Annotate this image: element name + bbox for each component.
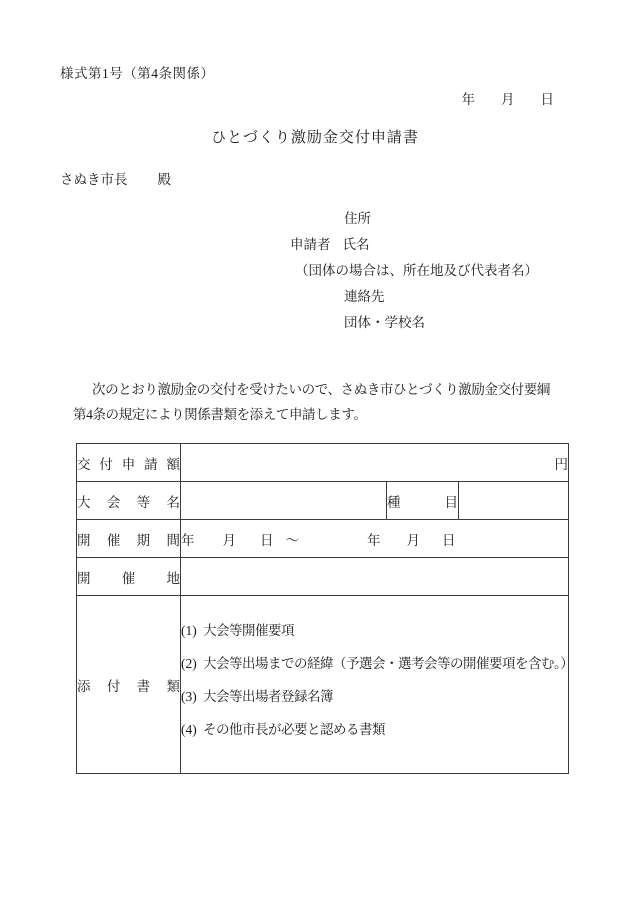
- amount-unit-label: 円: [555, 457, 569, 472]
- date-month-label: 月: [501, 88, 515, 108]
- period-tilde: ～: [286, 529, 300, 549]
- application-form-page: 様式第1号（第4条関係） 年 月 日 ひとづくり激励金交付申請書 さぬき市長殿 …: [0, 0, 630, 903]
- attachment-item-3: (3) 大会等出場者登録名簿: [181, 685, 568, 708]
- form-title: ひとづくり激励金交付申請書: [0, 126, 630, 147]
- venue-label: 開催地: [77, 567, 180, 587]
- period-end-day: 日: [442, 529, 456, 549]
- body-line-1: 次のとおり激励金の交付を受けたいので、さぬき市ひとづくり激励金交付要綱: [73, 378, 575, 403]
- applicant-block: 住所 申請者 氏名 （団体の場合は、所在地及び代表者名） 連絡先 団体・学校名: [290, 206, 538, 336]
- applicant-name-label: 氏名: [343, 232, 370, 258]
- application-table: 交付申請額 円 大会等名 種目 開催期間 年 月: [76, 443, 569, 774]
- attachments-row: 添付書類 (1) 大会等開催要項 (2) 大会等出場までの経緯（予選会・選考会等…: [77, 596, 569, 774]
- category-label-cell: 種目: [387, 482, 459, 520]
- event-label-cell: 大会等名: [77, 482, 181, 520]
- applicant-group-note: （団体の場合は、所在地及び代表者名）: [290, 258, 538, 284]
- body-line-2: 第4条の規定により関係書類を添えて申請します。: [73, 403, 575, 428]
- recipient-line: さぬき市長殿: [60, 168, 171, 188]
- attachments-label-cell: 添付書類: [77, 596, 181, 774]
- attachment-item-4: (4) その他市長が必要と認める書類: [181, 718, 568, 741]
- recipient-name: さぬき市長: [60, 172, 128, 187]
- applicant-name-line: 申請者 氏名: [290, 232, 538, 258]
- issue-date: 年 月 日: [462, 88, 555, 108]
- applicant-address-label: 住所: [290, 206, 538, 232]
- attachment-2-text: 大会等出場までの経緯（予選会・選考会等の開催要項を含む。）: [203, 652, 568, 675]
- attachment-3-text: 大会等出場者登録名簿: [203, 685, 568, 708]
- applicant-label: 申請者: [290, 232, 331, 258]
- attachment-1-number: (1): [181, 619, 203, 642]
- category-value-cell: [459, 482, 569, 520]
- attachment-1-text: 大会等開催要項: [203, 619, 568, 642]
- amount-label-cell: 交付申請額: [77, 444, 181, 482]
- event-value-cell: [181, 482, 387, 520]
- attachment-4-number: (4): [181, 718, 203, 741]
- attachment-4-text: その他市長が必要と認める書類: [203, 718, 568, 741]
- amount-value-cell: 円: [181, 444, 569, 482]
- attachment-item-2: (2) 大会等出場までの経緯（予選会・選考会等の開催要項を含む。）: [181, 652, 568, 675]
- event-row: 大会等名 種目: [77, 482, 569, 520]
- period-value: 年 月 日 ～ 年 月 日: [181, 529, 568, 549]
- form-number: 様式第1号（第4条関係）: [60, 62, 215, 82]
- attachments-label: 添付書類: [77, 675, 180, 695]
- applicant-contact-label: 連絡先: [290, 284, 538, 310]
- recipient-honorific: 殿: [158, 172, 172, 187]
- period-value-cell: 年 月 日 ～ 年 月 日: [181, 520, 569, 558]
- date-day-label: 日: [541, 88, 555, 108]
- period-row: 開催期間 年 月 日 ～ 年 月 日: [77, 520, 569, 558]
- period-start-year: 年: [181, 529, 195, 549]
- attachment-2-number: (2): [181, 652, 203, 675]
- period-start-month: 月: [223, 529, 237, 549]
- venue-value-cell: [181, 558, 569, 596]
- body-paragraph: 次のとおり激励金の交付を受けたいので、さぬき市ひとづくり激励金交付要綱 第4条の…: [73, 378, 575, 427]
- venue-row: 開催地: [77, 558, 569, 596]
- period-label: 開催期間: [77, 529, 180, 549]
- attachment-item-1: (1) 大会等開催要項: [181, 619, 568, 642]
- period-end-year: 年: [367, 529, 381, 549]
- period-start-day: 日: [260, 529, 274, 549]
- category-label: 種目: [387, 491, 458, 511]
- event-label: 大会等名: [77, 491, 180, 511]
- period-end-month: 月: [407, 529, 421, 549]
- attachments-value-cell: (1) 大会等開催要項 (2) 大会等出場までの経緯（予選会・選考会等の開催要項…: [181, 596, 569, 774]
- period-label-cell: 開催期間: [77, 520, 181, 558]
- amount-label: 交付申請額: [77, 453, 180, 473]
- amount-row: 交付申請額 円: [77, 444, 569, 482]
- date-year-label: 年: [462, 88, 476, 108]
- venue-label-cell: 開催地: [77, 558, 181, 596]
- applicant-organization-label: 団体・学校名: [290, 310, 538, 336]
- attachment-3-number: (3): [181, 685, 203, 708]
